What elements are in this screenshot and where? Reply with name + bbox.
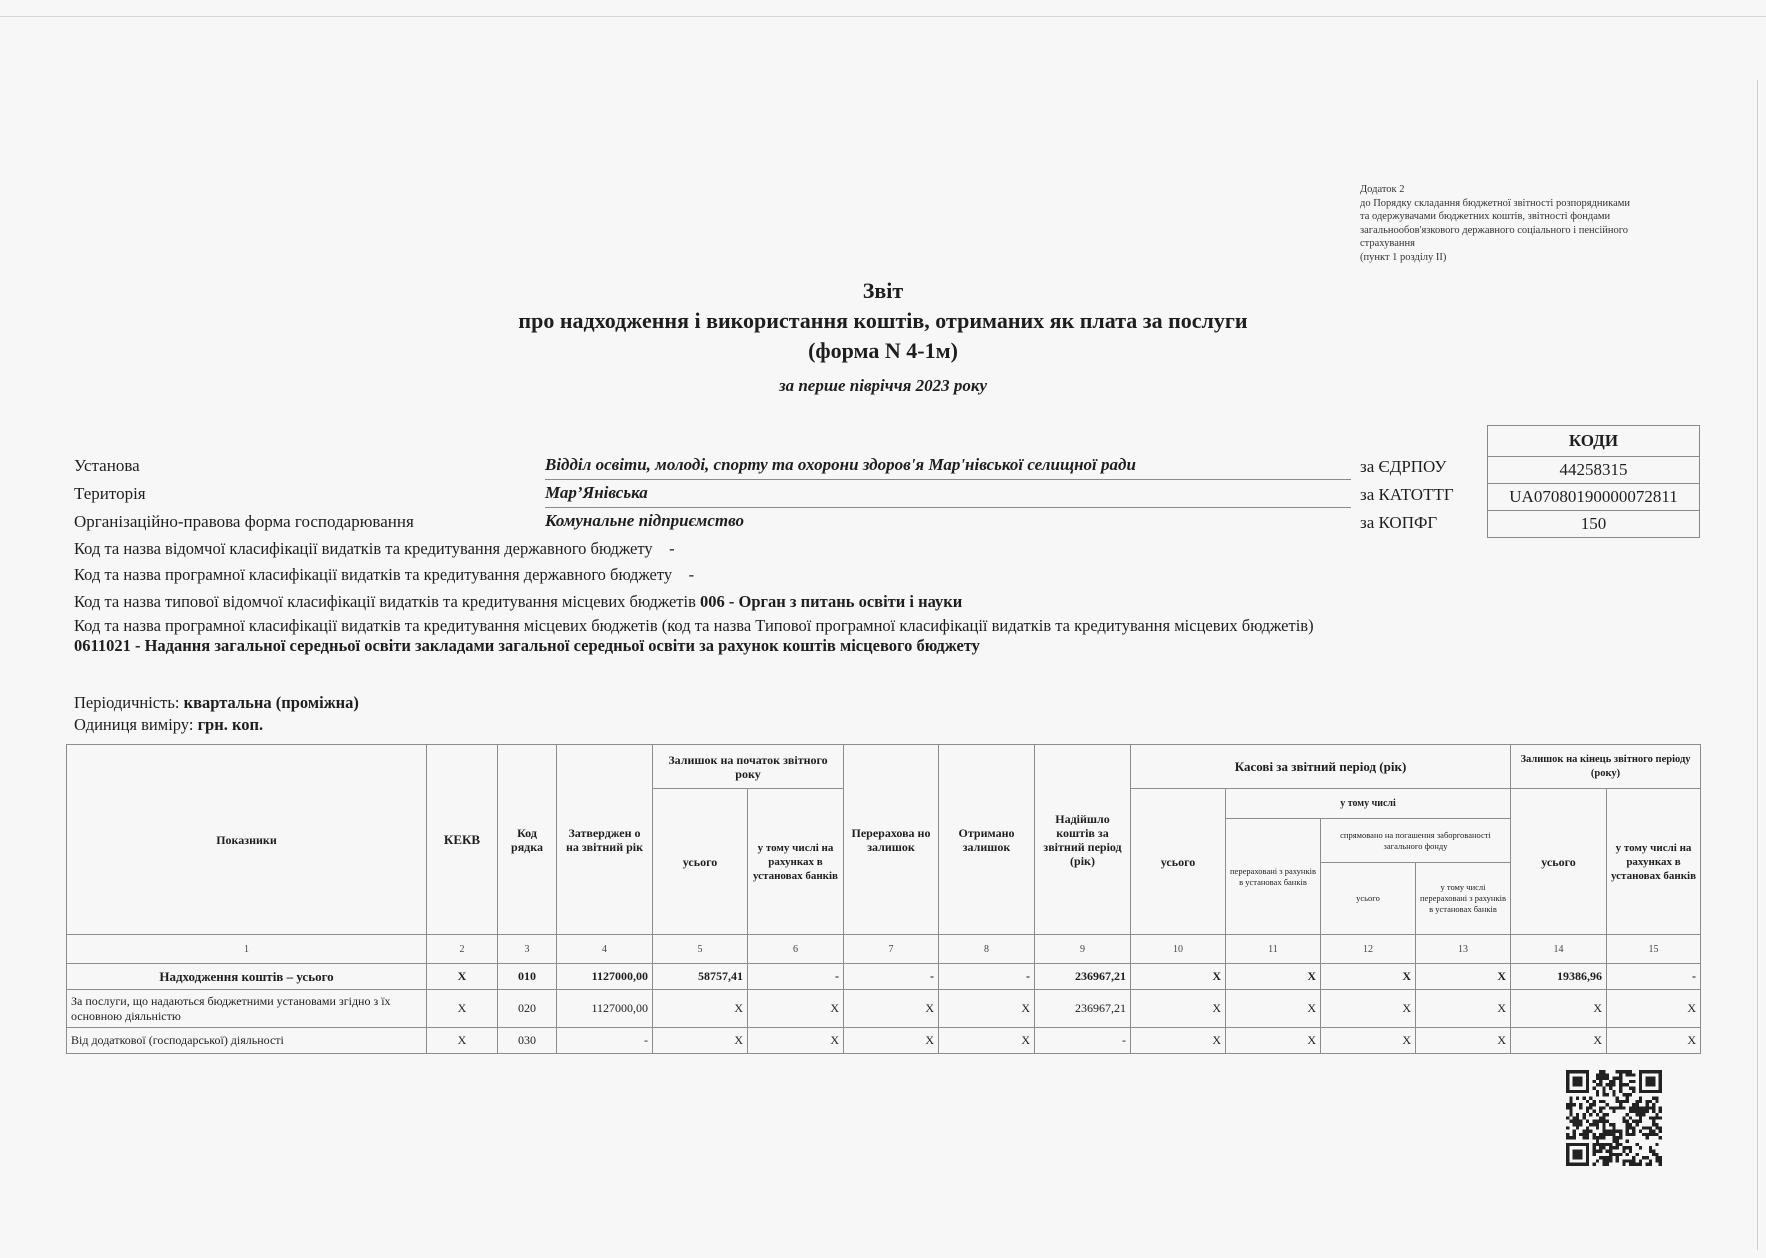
- title-line-2: про надходження і використання коштів, о…: [0, 306, 1766, 336]
- header-cash: Касові за звітний період (рік): [1131, 745, 1511, 789]
- table-cell: X: [1131, 990, 1226, 1028]
- row-label: Надходження коштів – усього: [67, 964, 427, 990]
- table-cell: X: [1607, 990, 1701, 1028]
- table-cell: X: [1511, 990, 1607, 1028]
- institution-value: Відділ освіти, молоді, спорту та охорони…: [545, 453, 1351, 480]
- column-number: 9: [1035, 935, 1131, 964]
- table-cell: -: [557, 1028, 653, 1054]
- table-cell: X: [1321, 990, 1416, 1028]
- addendum-line: загальнообов'язкового державного соціаль…: [1360, 224, 1700, 238]
- table-cell: 010: [498, 964, 557, 990]
- code-kopfg: 150: [1488, 511, 1700, 538]
- column-number: 6: [748, 935, 844, 964]
- header-received-balance: Отримано залишок: [939, 745, 1035, 935]
- header-cash-debt: спрямовано на погашення заборгованості з…: [1321, 819, 1511, 863]
- table-cell: X: [1416, 990, 1511, 1028]
- addendum-line: до Порядку складання бюджетної звітності…: [1360, 197, 1700, 211]
- addendum-line: та одержувачами бюджетних коштів, звітно…: [1360, 210, 1700, 224]
- dept-state-label: Код та назва відомчої класифікації видат…: [74, 539, 653, 558]
- org-form-label: Організаційно-правова форма господарюван…: [74, 511, 414, 533]
- table-cell: X: [1511, 1028, 1607, 1054]
- table-cell: X: [1226, 964, 1321, 990]
- table-cell: X: [748, 990, 844, 1028]
- table-cell: X: [427, 964, 498, 990]
- typical-local-classification: Код та назва типової відомчої класифікац…: [74, 591, 962, 613]
- periodicity: Періодичність: квартальна (проміжна): [74, 692, 359, 714]
- header-kekv: КЕКВ: [427, 745, 498, 935]
- table-cell: 1127000,00: [557, 964, 653, 990]
- table-row: За послуги, що надаються бюджетними уста…: [67, 990, 1701, 1028]
- table-cell: X: [1416, 1028, 1511, 1054]
- org-form-value: Комунальне підприємство: [545, 509, 1351, 535]
- addendum-line: страхування: [1360, 237, 1700, 251]
- table-cell: X: [844, 990, 939, 1028]
- codes-table: КОДИ 44258315 UA07080190000072811 150: [1487, 425, 1700, 538]
- institution-label: Установа: [74, 455, 140, 477]
- table-row: Надходження коштів – усьогоX0101127000,0…: [67, 964, 1701, 990]
- scan-edge-top: [0, 16, 1766, 17]
- table-cell: -: [748, 964, 844, 990]
- header-cash-total: усього: [1131, 789, 1226, 935]
- title-line-1: Звіт: [0, 276, 1766, 306]
- code-label-kopfg: за КОПФГ: [1360, 512, 1437, 534]
- header-balance-start-banks: у тому числі на рахунках в установах бан…: [748, 789, 844, 935]
- column-number: 13: [1416, 935, 1511, 964]
- code-label-katottg: за КАТОТТГ: [1360, 484, 1454, 506]
- prog-state-label: Код та назва програмної класифікації вид…: [74, 565, 672, 584]
- territory-value: Мар’Янівська: [545, 481, 1351, 508]
- header-approved: Затверджен о на звітний рік: [557, 745, 653, 935]
- code-edrpou: 44258315: [1488, 457, 1700, 484]
- table-cell: X: [653, 1028, 748, 1054]
- column-number: 10: [1131, 935, 1226, 964]
- header-received-funds: Надійшло коштів за звітний період (рік): [1035, 745, 1131, 935]
- table-row: Від додаткової (господарської) діяльност…: [67, 1028, 1701, 1054]
- typical-local-label: Код та назва типової відомчої класифікац…: [74, 592, 696, 611]
- periodicity-label: Періодичність:: [74, 693, 179, 712]
- header-cash-debt-total: усього: [1321, 863, 1416, 935]
- scan-edge-right: [1757, 80, 1758, 1250]
- dept-state-classification: Код та назва відомчої класифікації видат…: [74, 538, 675, 560]
- territory-label: Територія: [74, 483, 146, 505]
- column-number: 2: [427, 935, 498, 964]
- prog-state-value: -: [689, 565, 695, 584]
- code-katottg: UA07080190000072811: [1488, 484, 1700, 511]
- periodicity-value: квартальна (проміжна): [184, 693, 359, 712]
- typical-local-value: 006 - Орган з питань освіти і науки: [700, 592, 962, 611]
- header-indicators: Показники: [67, 745, 427, 935]
- table-cell: X: [1226, 1028, 1321, 1054]
- column-number: 5: [653, 935, 748, 964]
- table-cell: -: [844, 964, 939, 990]
- prog-local-label: Код та назва програмної класифікації вид…: [74, 616, 1314, 635]
- column-number: 4: [557, 935, 653, 964]
- addendum-line: (пункт 1 розділу II): [1360, 251, 1700, 265]
- table-cell: X: [1321, 964, 1416, 990]
- report-table: Показники КЕКВ Код рядка Затверджен о на…: [66, 744, 1701, 1054]
- table-cell: X: [1226, 990, 1321, 1028]
- addendum-line: Додаток 2: [1360, 183, 1700, 197]
- unit-of-measure: Одиниця виміру: грн. коп.: [74, 714, 263, 736]
- table-cell: 58757,41: [653, 964, 748, 990]
- row-label: За послуги, що надаються бюджетними уста…: [67, 990, 427, 1028]
- dept-state-value: -: [669, 539, 675, 558]
- table-cell: X: [653, 990, 748, 1028]
- table-cell: 1127000,00: [557, 990, 653, 1028]
- table-cell: X: [844, 1028, 939, 1054]
- header-balance-end: Залишок на кінець звітного періоду (року…: [1511, 745, 1701, 789]
- table-cell: X: [427, 1028, 498, 1054]
- table-cell: X: [1131, 964, 1226, 990]
- prog-state-classification: Код та назва програмної класифікації вид…: [74, 564, 694, 586]
- column-number: 8: [939, 935, 1035, 964]
- table-cell: X: [427, 990, 498, 1028]
- report-title: Звіт про надходження і використання кошт…: [0, 276, 1766, 398]
- table-cell: X: [1416, 964, 1511, 990]
- prog-local-classification: Код та назва програмної класифікації вид…: [74, 616, 1344, 656]
- header-balance-start: Залишок на початок звітного року: [653, 745, 844, 789]
- header-cash-debt-banks: у тому числі перераховані з рахунків в у…: [1416, 863, 1511, 935]
- table-cell: X: [748, 1028, 844, 1054]
- table-cell: -: [1607, 964, 1701, 990]
- header-cash-including: у тому числі: [1226, 789, 1511, 819]
- table-cell: X: [939, 990, 1035, 1028]
- column-number: 3: [498, 935, 557, 964]
- column-number: 15: [1607, 935, 1701, 964]
- unit-value: грн. коп.: [198, 715, 264, 734]
- title-period: за перше півріччя 2023 року: [0, 374, 1766, 398]
- table-cell: X: [1607, 1028, 1701, 1054]
- column-number: 11: [1226, 935, 1321, 964]
- prog-local-value: 0611021 - Надання загальної середньої ос…: [74, 636, 980, 655]
- table-cell: 236967,21: [1035, 964, 1131, 990]
- row-label: Від додаткової (господарської) діяльност…: [67, 1028, 427, 1054]
- table-cell: 236967,21: [1035, 990, 1131, 1028]
- table-cell: -: [1035, 1028, 1131, 1054]
- table-cell: -: [939, 964, 1035, 990]
- table-cell: 030: [498, 1028, 557, 1054]
- unit-label: Одиниця виміру:: [74, 715, 193, 734]
- table-cell: 020: [498, 990, 557, 1028]
- title-form-number: (форма N 4-1м): [0, 336, 1766, 366]
- header-row-code: Код рядка: [498, 745, 557, 935]
- header-transferred-balance: Перерахова но залишок: [844, 745, 939, 935]
- column-number-row: 123456789101112131415: [67, 935, 1701, 964]
- table-cell: 19386,96: [1511, 964, 1607, 990]
- column-number: 14: [1511, 935, 1607, 964]
- table-cell: X: [1321, 1028, 1416, 1054]
- header-balance-start-total: усього: [653, 789, 748, 935]
- header-cash-transferred-banks: перераховані з рахунків в установах банк…: [1226, 819, 1321, 935]
- column-number: 1: [67, 935, 427, 964]
- code-label-edrpou: за ЄДРПОУ: [1360, 456, 1446, 478]
- column-number: 7: [844, 935, 939, 964]
- qr-code-icon: [1566, 1070, 1662, 1166]
- table-cell: X: [1131, 1028, 1226, 1054]
- addendum-note: Додаток 2 до Порядку складання бюджетної…: [1360, 183, 1700, 264]
- header-balance-end-banks: у тому числі на рахунках в установах бан…: [1607, 789, 1701, 935]
- table-cell: X: [939, 1028, 1035, 1054]
- column-number: 12: [1321, 935, 1416, 964]
- header-balance-end-total: усього: [1511, 789, 1607, 935]
- codes-header: КОДИ: [1488, 426, 1700, 457]
